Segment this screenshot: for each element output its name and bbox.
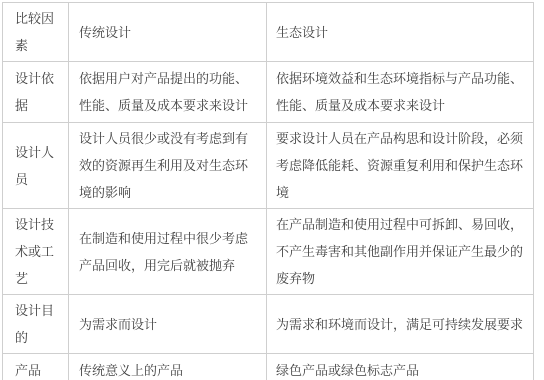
traditional-cell: 在制造和使用过程中很少考虑产品回收，用完后就被抛弃 (69, 209, 267, 295)
table-row-design-basis: 设计依据 依据用户对产品提出的功能、性能、质量及成本要求来设计 依据环境效益和生… (3, 62, 534, 123)
traditional-cell: 为需求而设计 (69, 295, 267, 354)
factor-cell: 设计人员 (3, 123, 69, 209)
traditional-cell: 设计人员很少或没有考虑到有效的资源再生利用及对生态环境的影响 (69, 123, 267, 209)
ecological-cell: 为需求和环境而设计，满足可持续发展要求 (267, 295, 534, 354)
traditional-cell: 依据用户对产品提出的功能、性能、质量及成本要求来设计 (69, 62, 267, 123)
table-header-row: 比较因素 传统设计 生态设计 (3, 3, 534, 62)
factor-cell: 设计依据 (3, 62, 69, 123)
factor-cell: 设计目的 (3, 295, 69, 354)
table-row-designers: 设计人员 设计人员很少或没有考虑到有效的资源再生利用及对生态环境的影响 要求设计… (3, 123, 534, 209)
factor-cell: 设计技术或工艺 (3, 209, 69, 295)
ecological-cell: 在产品制造和使用过程中可拆卸、易回收，不产生毒害和其他副作用并保证产生最少的废弃… (267, 209, 534, 295)
comparison-table: 比较因素 传统设计 生态设计 设计依据 依据用户对产品提出的功能、性能、质量及成… (2, 2, 534, 380)
table-row-technology: 设计技术或工艺 在制造和使用过程中很少考虑产品回收，用完后就被抛弃 在产品制造和… (3, 209, 534, 295)
table-row-purpose: 设计目的 为需求而设计 为需求和环境而设计，满足可持续发展要求 (3, 295, 534, 354)
table-row-product: 产品 传统意义上的产品 绿色产品或绿色标志产品 (3, 354, 534, 380)
traditional-cell: 传统意义上的产品 (69, 354, 267, 380)
header-cell-factor: 比较因素 (3, 3, 69, 62)
ecological-cell: 依据环境效益和生态环境指标与产品功能、性能、质量及成本要求来设计 (267, 62, 534, 123)
ecological-cell: 要求设计人员在产品构思和设计阶段，必须考虑降低能耗、资源重复利用和保护生态环境 (267, 123, 534, 209)
factor-cell: 产品 (3, 354, 69, 380)
header-cell-ecological: 生态设计 (267, 3, 534, 62)
ecological-cell: 绿色产品或绿色标志产品 (267, 354, 534, 380)
header-cell-traditional: 传统设计 (69, 3, 267, 62)
